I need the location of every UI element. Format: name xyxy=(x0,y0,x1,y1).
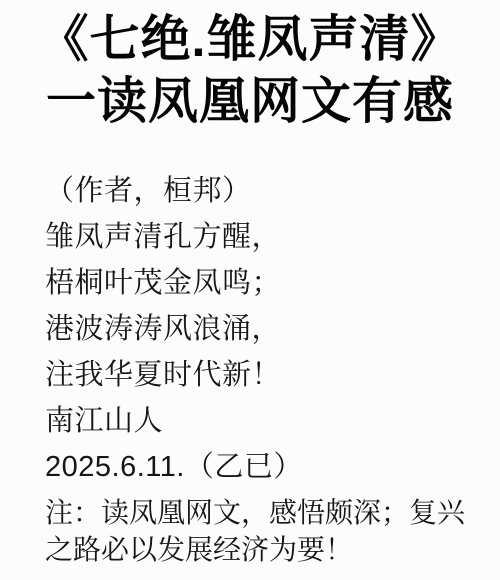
note-line-2: 之路必以发展经济为要！ xyxy=(45,531,482,568)
poem-line-4: 注我华夏时代新！ xyxy=(45,352,482,398)
poem-title: 《七绝.雏凤声清》 一读凤凰网文有感 xyxy=(0,0,500,132)
note-line-1: 注：读凤凰网文，感悟颇深；复兴 xyxy=(45,494,482,531)
signature-line: 南江山人 xyxy=(45,398,482,444)
poem-line-1: 雏凤声清孔方醒， xyxy=(45,214,482,260)
poem-title-line1: 《七绝.雏凤声清》 xyxy=(0,8,500,70)
date-line: 2025.6.11.（乙已） xyxy=(45,444,482,490)
poem-title-line2: 一读凤凰网文有感 xyxy=(0,70,500,132)
poem-body: （作者，桓邦） 雏凤声清孔方醒， 梧桐叶茂金凤鸣； 港波涛涛风浪涌， 注我华夏时… xyxy=(0,168,500,568)
author-line: （作者，桓邦） xyxy=(45,168,482,214)
poem-line-3: 港波涛涛风浪涌， xyxy=(45,306,482,352)
poem-line-2: 梧桐叶茂金凤鸣； xyxy=(45,260,482,306)
note-text: 注：读凤凰网文，感悟颇深；复兴 之路必以发展经济为要！ xyxy=(45,494,482,568)
poem-page: 《七绝.雏凤声清》 一读凤凰网文有感 （作者，桓邦） 雏凤声清孔方醒， 梧桐叶茂… xyxy=(0,0,500,580)
